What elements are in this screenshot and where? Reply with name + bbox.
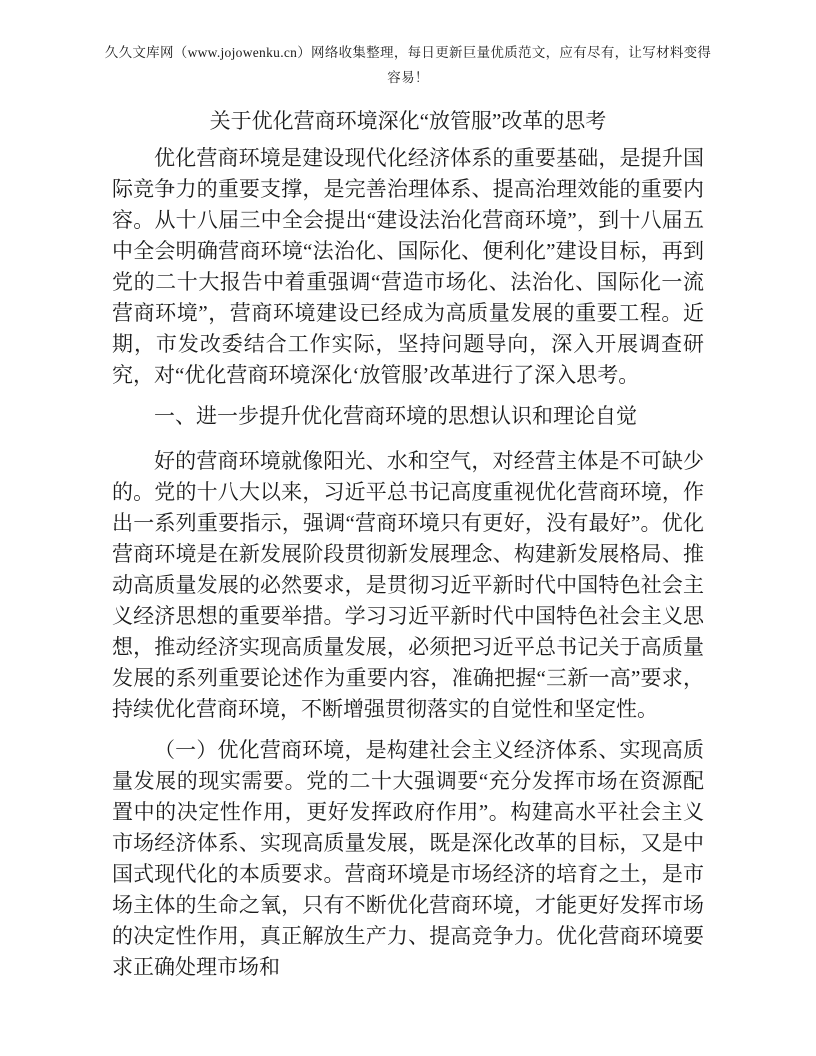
section-heading: 一、进一步提升优化营商环境的思想认识和理论自觉: [112, 401, 704, 432]
document-title: 关于优化营商环境深化“放管服”改革的思考: [112, 106, 704, 137]
document-page: 久久文库网（www.jojowenku.cn）网络收集整理，每日更新巨量优质范文…: [0, 0, 816, 1056]
body-paragraph: 优化营商环境是建设现代化经济体系的重要基础，是提升国际竞争力的重要支撑，是完善治…: [112, 143, 704, 391]
body-paragraph: 好的营商环境就像阳光、水和空气，对经营主体是不可缺少的。党的十八大以来，习近平总…: [112, 446, 704, 725]
site-header-notice: 久久文库网（www.jojowenku.cn）网络收集整理，每日更新巨量优质范文…: [100, 40, 716, 90]
body-paragraph: （一）优化营商环境，是构建社会主义经济体系、实现高质量发展的现实需要。党的二十大…: [112, 735, 704, 983]
document-body: 优化营商环境是建设现代化经济体系的重要基础，是提升国际竞争力的重要支撑，是完善治…: [112, 143, 704, 983]
